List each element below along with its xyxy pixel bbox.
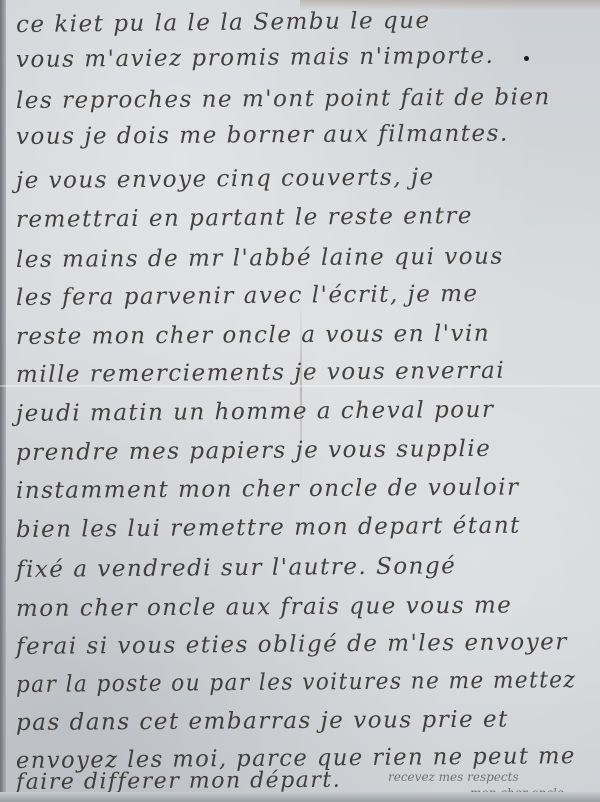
letter-line: reste mon cher oncle a vous en l'vin (16, 321, 490, 350)
letter-line: pas dans cet embarras je vous prie et (16, 707, 509, 736)
letter-line: fixé a vendredi sur l'autre. Songé (16, 553, 456, 583)
letter-line: vous m'aviez promis mais n'importe. (16, 43, 495, 73)
letter-line: vous je dois me borner aux filmantes. (16, 121, 509, 150)
letter-line: je vous envoye cinq couverts, je (16, 164, 435, 194)
letter-line: par la poste ou par les voitures ne me m… (16, 667, 576, 698)
letter-line: les reproches ne m'ont point fait de bie… (16, 84, 551, 114)
letter-line: jeudi matin un homme a cheval pour (16, 397, 495, 427)
letter-line: mon cher oncle aux frais que vous me (16, 593, 513, 622)
letter-line: les mains de mr l'abbé laine qui vous (16, 244, 504, 273)
letter-page: ce kiet pu la le la Sembu le que vous m'… (0, 0, 600, 802)
letter-line: remettrai en partant le reste entre (16, 203, 473, 233)
letter-line: instamment mon cher oncle de vouloir (16, 474, 520, 504)
paper-left-edge (0, 0, 6, 802)
letter-line: les fera parvenir avec l'écrit, je me (16, 281, 479, 311)
letter-line: ce kiet pu la le la Sembu le que (16, 8, 431, 38)
letter-line: mille remerciements je vous enverrai (16, 358, 505, 388)
letter-line: faire differer mon départ. (16, 768, 341, 795)
letter-line: bien les lui remettre mon depart étant (16, 513, 521, 543)
closing-line-1: recevez mes respects (388, 770, 519, 784)
paper-bottom-edge (0, 792, 600, 802)
letter-line: prendre mes papiers je vous supplie (16, 436, 491, 466)
letter-line: ferai si vous eties obligé de m'les envo… (16, 629, 568, 660)
ink-blot (524, 56, 529, 61)
